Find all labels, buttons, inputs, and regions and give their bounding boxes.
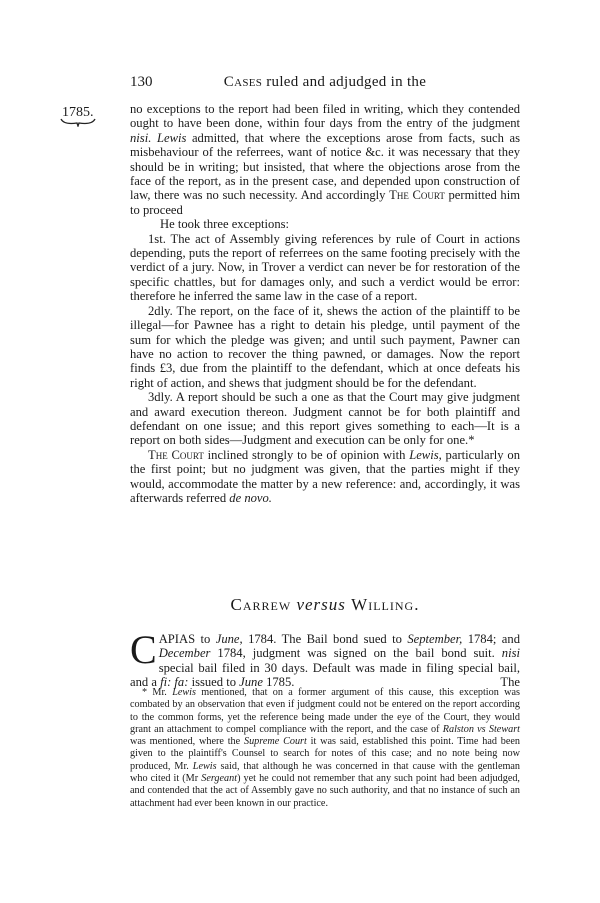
paragraph-5: 3dly. A report should be such a one as t… <box>130 390 520 448</box>
footnote: * Mr. Lewis mentioned, that on a former … <box>130 687 520 810</box>
case-party-b: Willing. <box>351 595 419 614</box>
paragraph-2: He took three exceptions: <box>130 217 520 231</box>
case-versus: versus <box>296 595 345 614</box>
main-text: no exceptions to the report had been fil… <box>130 102 520 505</box>
brace-icon <box>60 117 96 127</box>
case-body: C APIAS to June, 1784. The Bail bond sue… <box>130 632 520 690</box>
paragraph-3: 1st. The act of Assembly giving referenc… <box>130 232 520 304</box>
footnote-text: * Mr. Lewis mentioned, that on a former … <box>130 687 520 810</box>
case-text: APIAS to June, 1784. The Bail bond sued … <box>130 632 520 689</box>
case-title: Carrew versus Willing. <box>130 595 520 615</box>
running-title-cases: Cases <box>224 74 262 90</box>
paragraph-6: The Court inclined strongly to be of opi… <box>130 448 520 506</box>
paragraph-4: 2dly. The report, on the face of it, she… <box>130 304 520 390</box>
running-title: Cases ruled and adjudged in the <box>130 74 520 91</box>
running-title-rest: ruled and adjudged in the <box>262 74 426 90</box>
running-head: 130 Cases ruled and adjudged in the <box>130 74 520 94</box>
drop-cap: C <box>130 632 157 666</box>
case-party-a: Carrew <box>231 595 292 614</box>
book-page: 130 Cases ruled and adjudged in the 1785… <box>0 0 600 903</box>
paragraph-1: no exceptions to the report had been fil… <box>130 102 520 217</box>
